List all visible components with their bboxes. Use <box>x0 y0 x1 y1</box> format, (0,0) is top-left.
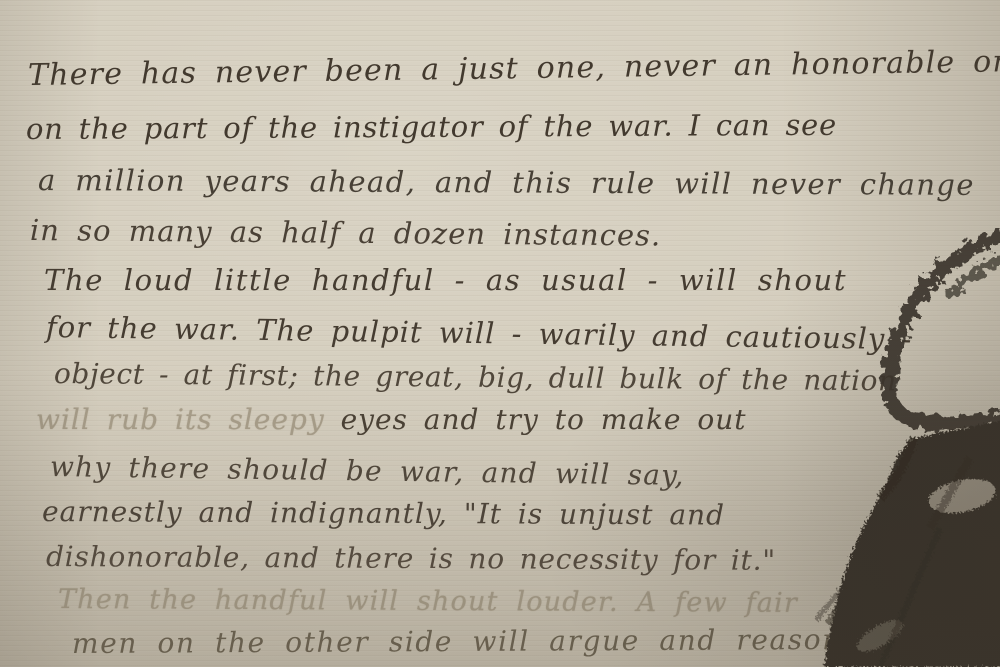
manuscript-text-segment: for the war. The pulpit will - warily an… <box>46 310 913 356</box>
manuscript-text-segment: in so many as half a dozen instances. <box>30 213 661 253</box>
manuscript-text-segment: a million years ahead, and this rule wil… <box>38 163 975 202</box>
manuscript-line: a million years ahead, and this rule wil… <box>38 163 975 202</box>
manuscript-text-segment: eyes and try to make out <box>341 403 747 436</box>
manuscript-line: in so many as half a dozen instances. <box>30 213 661 253</box>
manuscript-line: men on the other side will argue and rea… <box>72 623 842 660</box>
manuscript-text-segment: on the part of the instigator of the war… <box>26 108 837 146</box>
manuscript-text-segment: will rub its sleepy <box>36 403 341 436</box>
manuscript-photo: There has never been a just one, never a… <box>0 0 1000 667</box>
manuscript-line: on the part of the instigator of the war… <box>26 108 837 146</box>
manuscript-text-segment: Then the handful will shout louder. A fe… <box>58 584 798 619</box>
manuscript-line: will rub its sleepy eyes and try to make… <box>36 403 747 436</box>
manuscript-line: dishonorable, and there is no necessity … <box>46 540 776 577</box>
manuscript-text-segment: earnestly and indignantly, "It is unjust… <box>42 495 725 532</box>
manuscript-text-segment: why there should be war, and will say, <box>50 450 685 492</box>
manuscript-line: object - at first; the great, big, dull … <box>54 357 897 397</box>
manuscript-text-segment: There has never been a just one, never a… <box>28 44 1000 93</box>
manuscript-line: why there should be war, and will say, <box>50 450 685 492</box>
manuscript-text-segment: dishonorable, and there is no necessity … <box>46 540 776 577</box>
manuscript-line: There has never been a just one, never a… <box>28 44 1000 93</box>
manuscript-line: Then the handful will shout louder. A fe… <box>58 584 798 619</box>
manuscript-line: for the war. The pulpit will - warily an… <box>46 310 913 356</box>
charcoal-mass <box>816 420 1000 667</box>
manuscript-text-segment: object - at first; the great, big, dull … <box>54 357 897 397</box>
manuscript-text-segment: The loud little handful - as usual - wil… <box>44 263 847 297</box>
manuscript-text-segment: men on the other side will argue and rea… <box>72 623 842 660</box>
manuscript-line: earnestly and indignantly, "It is unjust… <box>42 495 725 532</box>
manuscript-line: The loud little handful - as usual - wil… <box>44 263 847 297</box>
